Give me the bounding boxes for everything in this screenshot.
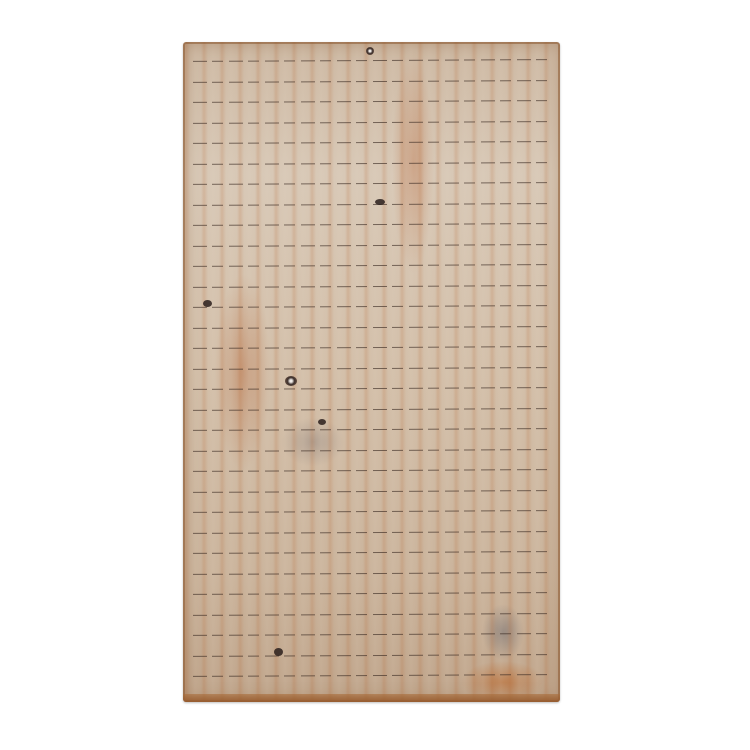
nail-hole <box>366 47 374 55</box>
script-line <box>191 151 552 172</box>
script-line <box>191 663 552 684</box>
script-line <box>191 643 552 664</box>
script-line <box>191 171 552 192</box>
ink-blot <box>274 648 283 656</box>
script-lines <box>191 48 552 672</box>
script-line <box>191 253 552 274</box>
ink-blot <box>375 199 385 205</box>
script-line <box>191 561 552 582</box>
script-line <box>191 438 552 459</box>
script-line <box>191 356 552 377</box>
script-line <box>191 622 552 643</box>
script-line <box>191 520 552 541</box>
script-line <box>191 417 552 438</box>
board-bottom-edge <box>183 694 560 702</box>
ink-blot <box>203 300 212 307</box>
script-line <box>191 233 552 254</box>
writing-board <box>183 42 560 702</box>
nail-hole <box>285 376 297 386</box>
script-line <box>191 458 552 479</box>
script-line <box>191 602 552 623</box>
script-line <box>191 397 552 418</box>
script-line <box>191 274 552 295</box>
script-line <box>191 192 552 213</box>
script-line <box>191 130 552 151</box>
script-line <box>191 69 552 90</box>
script-line <box>191 479 552 500</box>
script-line <box>191 89 552 110</box>
script-line <box>191 294 552 315</box>
script-line <box>191 335 552 356</box>
script-line <box>191 376 552 397</box>
script-line <box>191 110 552 131</box>
script-line <box>191 499 552 520</box>
script-line <box>191 540 552 561</box>
script-line <box>191 315 552 336</box>
ink-blot <box>318 419 326 425</box>
script-line <box>191 212 552 233</box>
script-line <box>191 581 552 602</box>
